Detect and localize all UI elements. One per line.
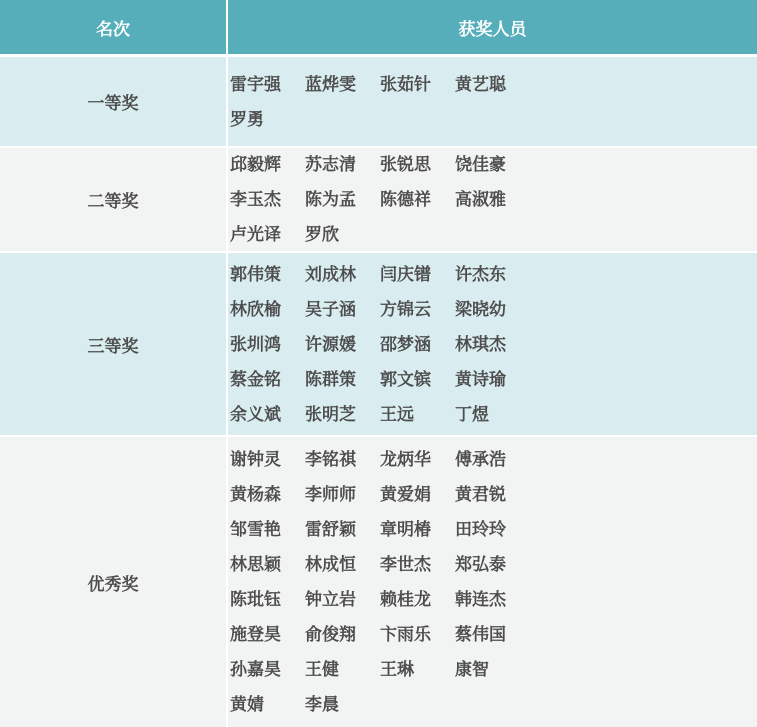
table-row: 二等奖邱毅辉苏志清张锐思饶佳豪李玉杰陈为孟陈德祥高淑雅卢光译罗欣 — [0, 148, 757, 253]
winner-name: 郑弘泰 — [455, 547, 530, 582]
winner-name: 卞雨乐 — [380, 617, 455, 652]
winner-name: 王远 — [380, 397, 455, 432]
winner-name: 苏志清 — [305, 148, 380, 182]
rank-label: 二等奖 — [0, 148, 228, 251]
winner-name: 李晨 — [305, 687, 380, 722]
winner-name: 黄爱娟 — [380, 477, 455, 512]
winner-name-line: 雷宇强蓝烨雯张茹针黄艺聪 — [230, 67, 757, 102]
winner-name: 黄君锐 — [455, 477, 530, 512]
winner-name: 张锐思 — [380, 148, 455, 182]
winner-name: 俞俊翔 — [305, 617, 380, 652]
winner-name: 蓝烨雯 — [305, 67, 380, 102]
winner-name: 林思颖 — [230, 547, 305, 582]
winner-name: 李铭祺 — [305, 442, 380, 477]
winner-name-line: 李玉杰陈为孟陈德祥高淑雅 — [230, 182, 757, 217]
winner-name: 吴子涵 — [305, 292, 380, 327]
winner-name-line: 余义斌张明芝王远丁煜 — [230, 397, 757, 432]
rank-label: 三等奖 — [0, 253, 228, 435]
header-cell-winners: 获奖人员 — [228, 0, 757, 54]
winner-name-line: 蔡金铭陈群策郭文镔黄诗瑜 — [230, 362, 757, 397]
winner-name: 林成恒 — [305, 547, 380, 582]
winner-name: 傅承浩 — [455, 442, 530, 477]
winner-name: 张茹针 — [380, 67, 455, 102]
winner-names: 邱毅辉苏志清张锐思饶佳豪李玉杰陈为孟陈德祥高淑雅卢光译罗欣 — [228, 148, 757, 251]
winner-name: 闫庆镨 — [380, 257, 455, 292]
winner-name-line: 邱毅辉苏志清张锐思饶佳豪 — [230, 148, 757, 182]
table-body: 一等奖雷宇强蓝烨雯张茹针黄艺聪罗勇二等奖邱毅辉苏志清张锐思饶佳豪李玉杰陈为孟陈德… — [0, 57, 757, 727]
winner-name-line: 黄杨森李师师黄爱娟黄君锐 — [230, 477, 757, 512]
winner-name: 孙嘉昊 — [230, 652, 305, 687]
winner-name: 黄诗瑜 — [455, 362, 530, 397]
winner-name: 林欣榆 — [230, 292, 305, 327]
winner-name: 邵梦涵 — [380, 327, 455, 362]
rank-label: 优秀奖 — [0, 437, 228, 727]
winner-name-line: 罗勇 — [230, 102, 757, 137]
winner-name-line: 卢光译罗欣 — [230, 217, 757, 251]
winner-name: 邹雪艳 — [230, 512, 305, 547]
winner-name: 李师师 — [305, 477, 380, 512]
winner-name: 李玉杰 — [230, 182, 305, 217]
winner-name: 谢钟灵 — [230, 442, 305, 477]
winner-names: 雷宇强蓝烨雯张茹针黄艺聪罗勇 — [228, 57, 757, 146]
winner-name: 蔡金铭 — [230, 362, 305, 397]
winner-name-line: 陈玭钰钟立岩赖桂龙韩连杰 — [230, 582, 757, 617]
winner-name: 黄杨森 — [230, 477, 305, 512]
winner-name: 施登昊 — [230, 617, 305, 652]
winner-names: 谢钟灵李铭祺龙炳华傅承浩黄杨森李师师黄爱娟黄君锐邹雪艳雷舒颖章明椿田玲玲林思颖林… — [228, 437, 757, 727]
winner-name: 雷舒颖 — [305, 512, 380, 547]
winner-name: 梁晓幼 — [455, 292, 530, 327]
winner-name: 高淑雅 — [455, 182, 530, 217]
winner-name-line: 郭伟策刘成林闫庆镨许杰东 — [230, 257, 757, 292]
winner-name: 林琪杰 — [455, 327, 530, 362]
winner-name: 陈为孟 — [305, 182, 380, 217]
winner-name-line: 林思颖林成恒李世杰郑弘泰 — [230, 547, 757, 582]
winner-name: 龙炳华 — [380, 442, 455, 477]
winner-name: 郭文镔 — [380, 362, 455, 397]
winner-name: 陈群策 — [305, 362, 380, 397]
winner-name: 罗欣 — [305, 217, 380, 251]
winner-name-line: 施登昊俞俊翔卞雨乐蔡伟国 — [230, 617, 757, 652]
winner-name: 钟立岩 — [305, 582, 380, 617]
winner-name-line: 林欣榆吴子涵方锦云梁晓幼 — [230, 292, 757, 327]
winner-name: 赖桂龙 — [380, 582, 455, 617]
winner-name: 许杰东 — [455, 257, 530, 292]
winner-name: 王琳 — [380, 652, 455, 687]
winner-name: 邱毅辉 — [230, 148, 305, 182]
winner-name-line: 黄婧李晨 — [230, 687, 757, 722]
winner-names: 郭伟策刘成林闫庆镨许杰东林欣榆吴子涵方锦云梁晓幼张圳鸿许源媛邵梦涵林琪杰蔡金铭陈… — [228, 253, 757, 435]
winner-name: 李世杰 — [380, 547, 455, 582]
winner-name: 卢光译 — [230, 217, 305, 251]
winner-name: 蔡伟国 — [455, 617, 530, 652]
winner-name-line: 谢钟灵李铭祺龙炳华傅承浩 — [230, 442, 757, 477]
winner-name: 陈德祥 — [380, 182, 455, 217]
winner-name: 韩连杰 — [455, 582, 530, 617]
winner-name: 田玲玲 — [455, 512, 530, 547]
winner-name: 雷宇强 — [230, 67, 305, 102]
table-row: 一等奖雷宇强蓝烨雯张茹针黄艺聪罗勇 — [0, 57, 757, 148]
winner-name: 丁煜 — [455, 397, 530, 432]
winner-name: 许源媛 — [305, 327, 380, 362]
winner-name: 王健 — [305, 652, 380, 687]
winner-name: 罗勇 — [230, 102, 305, 137]
winner-name: 郭伟策 — [230, 257, 305, 292]
winner-name: 章明椿 — [380, 512, 455, 547]
award-table: 名次 获奖人员 一等奖雷宇强蓝烨雯张茹针黄艺聪罗勇二等奖邱毅辉苏志清张锐思饶佳豪… — [0, 0, 757, 727]
winner-name: 方锦云 — [380, 292, 455, 327]
winner-name: 黄婧 — [230, 687, 305, 722]
winner-name: 张明芝 — [305, 397, 380, 432]
winner-name-line: 张圳鸿许源媛邵梦涵林琪杰 — [230, 327, 757, 362]
winner-name: 黄艺聪 — [455, 67, 530, 102]
rank-label: 一等奖 — [0, 57, 228, 146]
header-cell-rank: 名次 — [0, 0, 228, 54]
winner-name: 刘成林 — [305, 257, 380, 292]
winner-name: 康智 — [455, 652, 530, 687]
winner-name: 饶佳豪 — [455, 148, 530, 182]
winner-name-line: 孙嘉昊王健王琳康智 — [230, 652, 757, 687]
table-row: 三等奖郭伟策刘成林闫庆镨许杰东林欣榆吴子涵方锦云梁晓幼张圳鸿许源媛邵梦涵林琪杰蔡… — [0, 253, 757, 437]
winner-name-line: 邹雪艳雷舒颖章明椿田玲玲 — [230, 512, 757, 547]
winner-name: 张圳鸿 — [230, 327, 305, 362]
winner-name: 陈玭钰 — [230, 582, 305, 617]
table-row: 优秀奖谢钟灵李铭祺龙炳华傅承浩黄杨森李师师黄爱娟黄君锐邹雪艳雷舒颖章明椿田玲玲林… — [0, 437, 757, 727]
table-header: 名次 获奖人员 — [0, 0, 757, 57]
winner-name: 余义斌 — [230, 397, 305, 432]
